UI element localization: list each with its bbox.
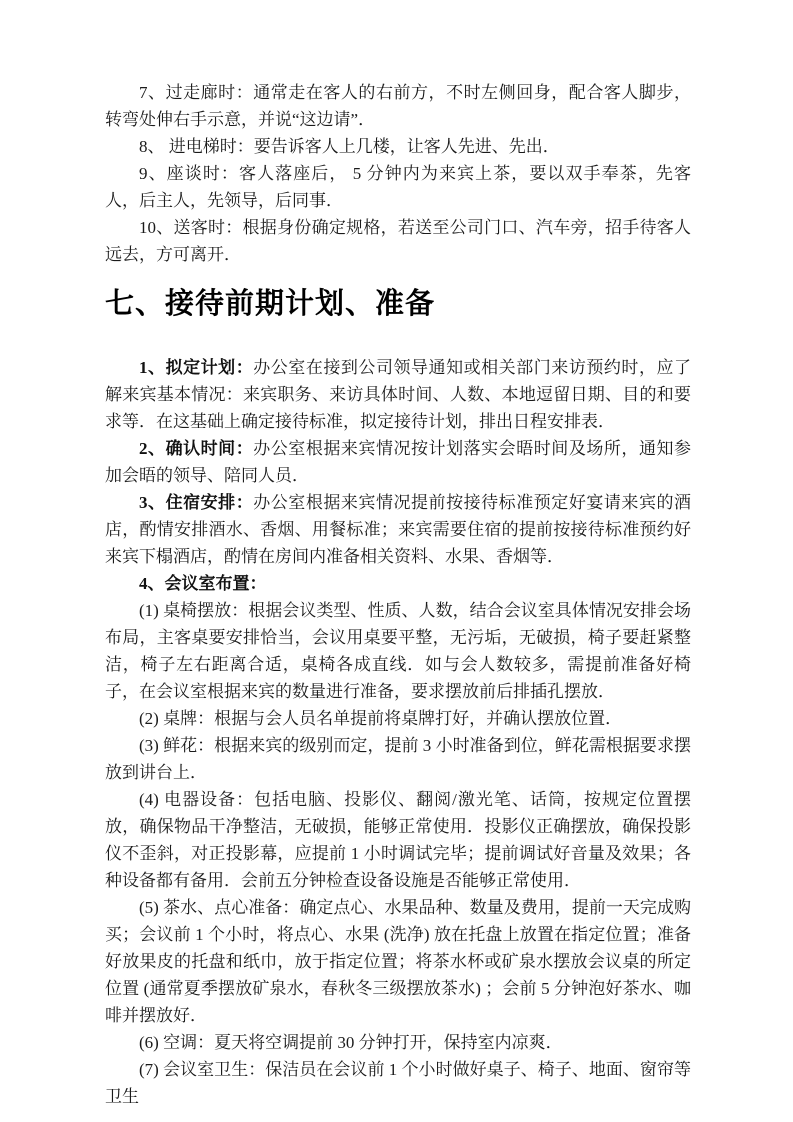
meeting-room-paragraph-6: (6) 空调：夏天将空调提前 30 分钟打开，保持室内凉爽． — [105, 1029, 691, 1056]
etiquette-paragraph-7: 7、过走廊时：通常走在客人的右前方，不时左侧回身，配合客人脚步，转弯处伸右手示意… — [105, 79, 691, 133]
document-page: 7、过走廊时：通常走在客人的右前方，不时左侧回身，配合客人脚步，转弯处伸右手示意… — [0, 0, 793, 1122]
section-heading-rest-part: 前期计划、准备 — [225, 288, 435, 320]
plan-paragraph-1: 1、拟定计划：办公室在接到公司领导通知或相关部门来访预约时，应了解来宾基本情况：… — [105, 354, 691, 435]
plan-paragraph-2: 2、确认时间：办公室根据来宾情况按计划落实会晤时间及场所，通知参加会晤的领导、陪… — [105, 435, 691, 489]
plan-paragraph-4: 4、会议室布置： — [105, 570, 691, 597]
meeting-room-paragraph-7: (7) 会议室卫生：保洁员在会议前 1 个小时做好桌子、椅子、地面、窗帘等卫生 — [105, 1056, 691, 1110]
plan-paragraph-3-lead: 3、住宿安排： — [139, 493, 253, 512]
etiquette-paragraph-9: 9、座谈时：客人落座后， 5 分钟内为来宾上茶，要以双手奉茶，先客人，后主人，先… — [105, 160, 691, 214]
section-heading: 七、接待前期计划、准备 — [105, 285, 691, 323]
meeting-room-paragraph-1: (1) 桌椅摆放：根据会议类型、性质、人数，结合会议室具体情况安排会场布局，主客… — [105, 597, 691, 705]
plan-paragraph-3: 3、住宿安排：办公室根据来宾情况提前按接待标准预定好宴请来宾的酒店，酌情安排酒水… — [105, 489, 691, 570]
etiquette-paragraph-10: 10、送客时：根据身份确定规格，若送至公司门口、汽车旁，招手待客人远去，方可离开… — [105, 214, 691, 268]
meeting-room-paragraph-2: (2) 桌牌：根据与会人员名单提前将桌牌打好，并确认摆放位置． — [105, 705, 691, 732]
plan-paragraph-1-lead: 1、拟定计划： — [139, 358, 253, 377]
section-heading-bold-part: 七、接待 — [105, 288, 225, 320]
plan-paragraph-4-lead: 4、会议室布置： — [139, 574, 267, 593]
meeting-room-paragraph-5: (5) 茶水、点心准备：确定点心、水果品种、数量及费用，提前一天完成购买；会议前… — [105, 894, 691, 1029]
meeting-room-paragraph-3: (3) 鲜花：根据来宾的级别而定，提前 3 小时准备到位，鲜花需根据要求摆放到讲… — [105, 732, 691, 786]
plan-paragraph-2-lead: 2、确认时间： — [139, 439, 253, 458]
meeting-room-paragraph-4: (4) 电器设备：包括电脑、投影仪、翻阅/激光笔、话筒，按规定位置摆放，确保物品… — [105, 786, 691, 894]
etiquette-paragraph-8: 8、 进电梯时：要告诉客人上几楼，让客人先进、先出． — [105, 133, 691, 160]
